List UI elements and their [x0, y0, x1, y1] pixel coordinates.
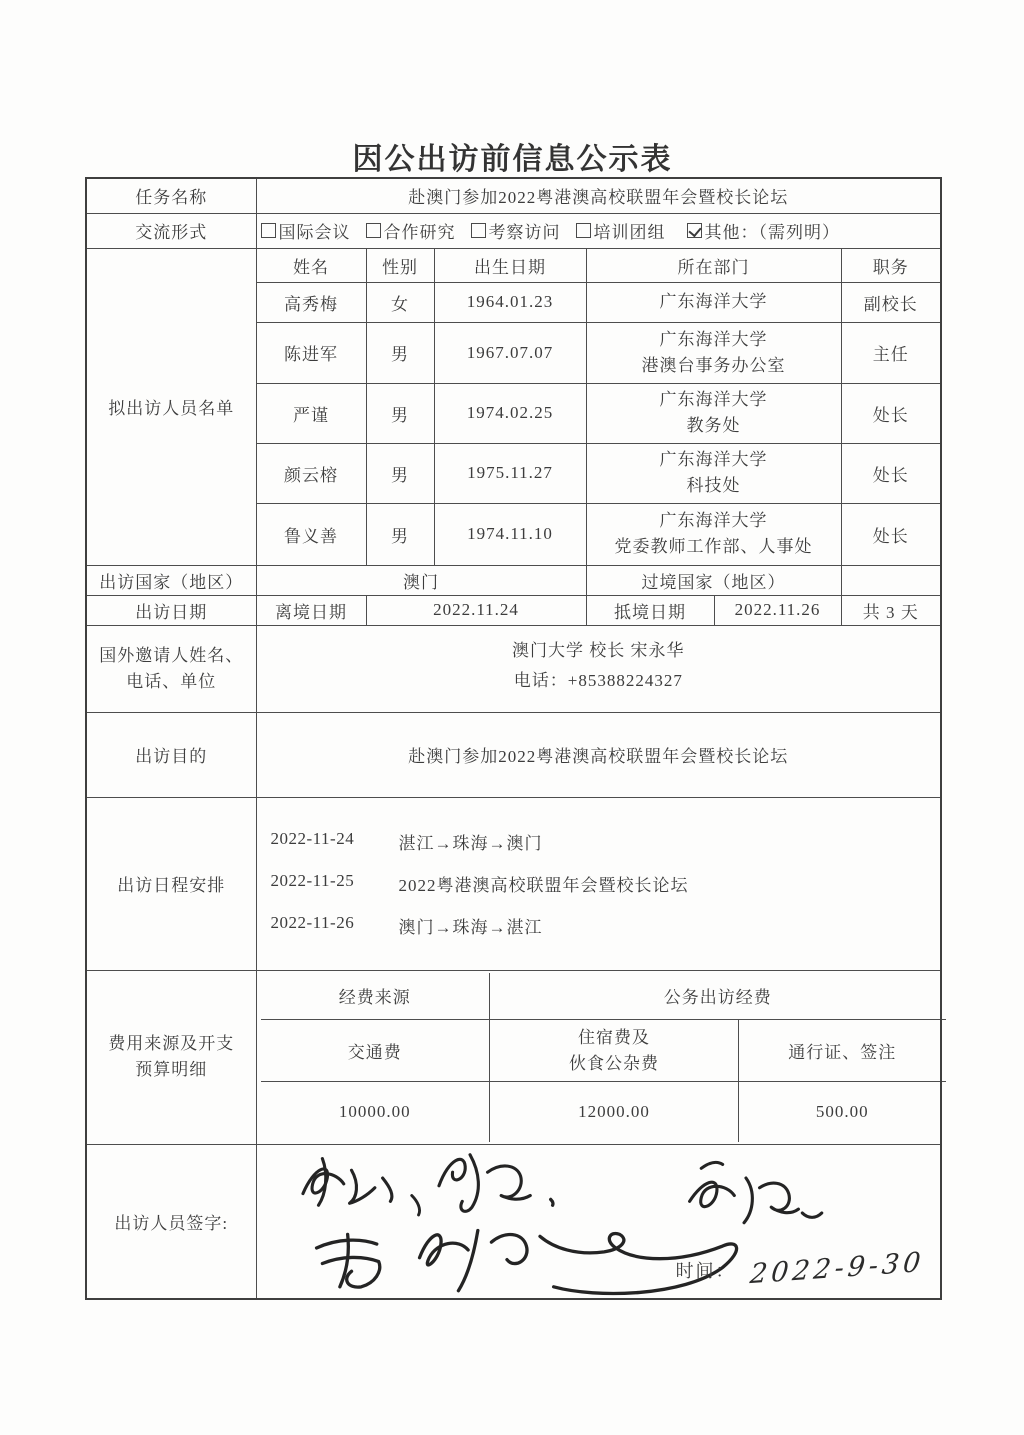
person-department: 广东海洋大学 党委教师工作部、人事处 — [586, 503, 841, 565]
option-label: 考察访问 — [489, 218, 561, 243]
inviter-label-line2: 电话、单位 — [91, 669, 252, 695]
itinerary-item: 2022-11-25 2022粤港澳高校联盟年会暨校长论坛 — [271, 871, 937, 896]
person-gender: 男 — [366, 383, 434, 443]
itinerary-label: 出访日程安排 — [86, 797, 256, 970]
transit-label: 过境国家（地区） — [586, 565, 841, 595]
itinerary-row: 出访日程安排 2022-11-24 湛江→珠海→澳门 2022-11-25 20… — [86, 797, 941, 970]
personnel-header-row: 拟出访人员名单 姓名 性别 出生日期 所在部门 职务 — [86, 248, 941, 282]
checkbox-icon — [366, 223, 381, 238]
checkbox-icon — [471, 223, 486, 238]
itinerary-date: 2022-11-26 — [271, 913, 399, 938]
exchange-form-label: 交流形式 — [86, 213, 256, 248]
option-label: 培训团组 — [594, 218, 666, 243]
permit-visa-header: 通行证、签注 — [739, 1020, 946, 1082]
dates-row: 出访日期 离境日期 2022.11.24 抵境日期 2022.11.26 共 3… — [86, 595, 941, 625]
itinerary-date: 2022-11-24 — [271, 829, 399, 854]
option-inspection-visit: 考察访问 — [471, 218, 561, 243]
inviter-name-line: 澳门大学 校长 宋永华 — [261, 636, 937, 666]
person-title: 副校长 — [841, 282, 941, 322]
departure-date-label: 离境日期 — [256, 595, 366, 625]
person-name: 颜云榕 — [256, 443, 366, 503]
person-gender: 男 — [366, 443, 434, 503]
inviter-value: 澳门大学 校长 宋永华 电话：+85388224327 — [256, 625, 941, 712]
budget-label-line1: 费用来源及开支 — [91, 1031, 252, 1057]
budget-subtable: 经费来源 公务出访经费 交通费 住宿费及 伙食公杂费 通行证、签注 10000.… — [261, 973, 946, 1142]
handwritten-date: 2022-9-30 — [748, 1247, 925, 1290]
official-expense-header: 公务出访经费 — [490, 973, 946, 1020]
department-line2: 教务处 — [591, 413, 837, 439]
person-title: 处长 — [841, 503, 941, 565]
department-line1: 广东海洋大学 — [591, 327, 837, 353]
budget-category-row: 交通费 住宿费及 伙食公杂费 通行证、签注 — [261, 1020, 946, 1082]
option-training-group: 培训团组 — [576, 218, 666, 243]
person-birth: 1974.02.25 — [434, 383, 586, 443]
lodging-fee-header: 住宿费及 伙食公杂费 — [490, 1020, 739, 1082]
exchange-options: 国际会议 合作研究 考察访问 培训团组 — [261, 218, 937, 243]
itinerary-activity: 澳门→珠海→湛江 — [399, 913, 543, 938]
budget-label: 费用来源及开支 预算明细 — [86, 970, 256, 1144]
signature-scribble-3 — [316, 1234, 379, 1287]
col-header-name: 姓名 — [256, 248, 366, 282]
signature-dot-mark — [550, 1199, 552, 1205]
lodging-fee-amount: 12000.00 — [490, 1082, 739, 1142]
person-title: 处长 — [841, 443, 941, 503]
person-department: 广东海洋大学 — [586, 282, 841, 322]
personnel-list-label: 拟出访人员名单 — [86, 248, 256, 565]
permit-visa-amount: 500.00 — [739, 1082, 946, 1142]
department-line2: 港澳台事务办公室 — [591, 353, 837, 379]
col-header-department: 所在部门 — [586, 248, 841, 282]
department-line1: 广东海洋大学 — [591, 447, 837, 473]
person-gender: 男 — [366, 322, 434, 383]
option-label: 国际会议 — [279, 218, 351, 243]
person-birth: 1967.07.07 — [434, 322, 586, 383]
department-line2: 党委教师工作部、人事处 — [591, 534, 837, 560]
purpose-row: 出访目的 赴澳门参加2022粤港澳高校联盟年会暨校长论坛 — [86, 712, 941, 797]
person-gender: 男 — [366, 503, 434, 565]
option-cooperative-research: 合作研究 — [366, 218, 456, 243]
department-line1: 广东海洋大学 — [591, 289, 837, 315]
option-label: 合作研究 — [384, 218, 456, 243]
exchange-form-row: 交流形式 国际会议 合作研究 考察访问 — [86, 213, 941, 248]
person-name: 严谨 — [256, 383, 366, 443]
disclosure-form-table: 任务名称 赴澳门参加2022粤港澳高校联盟年会暨校长论坛 交流形式 国际会议 合… — [85, 177, 942, 1300]
arrival-date-label: 抵境日期 — [586, 595, 714, 625]
page-title: 因公出访前信息公示表 — [85, 134, 940, 178]
itinerary-activity: 湛江→珠海→澳门 — [399, 829, 543, 854]
checkbox-icon — [576, 223, 591, 238]
itinerary-item: 2022-11-24 湛江→珠海→澳门 — [271, 829, 937, 854]
person-name: 陈进军 — [256, 322, 366, 383]
itinerary-date: 2022-11-25 — [271, 871, 399, 896]
budget-label-line2: 预算明细 — [91, 1057, 252, 1083]
inviter-label: 国外邀请人姓名、 电话、单位 — [86, 625, 256, 712]
person-gender: 女 — [366, 282, 434, 322]
destination-row: 出访国家（地区） 澳门 过境国家（地区） — [86, 565, 941, 595]
destination-label: 出访国家（地区） — [86, 565, 256, 595]
scanned-form-page: 因公出访前信息公示表 任务名称 赴澳门参加2022粤港澳高校联盟年会暨校长论坛 … — [0, 0, 1024, 1435]
person-department: 广东海洋大学 科技处 — [586, 443, 841, 503]
department-line1: 广东海洋大学 — [591, 387, 837, 413]
person-name: 鲁义善 — [256, 503, 366, 565]
funding-source-header: 经费来源 — [261, 973, 490, 1020]
signature-time: 时间： 2022-9-30 — [676, 1253, 925, 1284]
person-birth: 1964.01.23 — [434, 282, 586, 322]
inviter-label-line1: 国外邀请人姓名、 — [91, 643, 252, 669]
arrival-date-value: 2022.11.26 — [714, 595, 841, 625]
destination-value: 澳门 — [256, 565, 586, 595]
transport-fee-header: 交通费 — [261, 1020, 490, 1082]
lodging-header-line1: 住宿费及 — [494, 1025, 734, 1051]
option-other: 其他：（需列明） — [687, 218, 841, 243]
checkbox-checked-icon — [687, 223, 702, 238]
transit-value — [841, 565, 941, 595]
person-birth: 1975.11.27 — [434, 443, 586, 503]
checkbox-icon — [261, 223, 276, 238]
budget-amount-row: 10000.00 12000.00 500.00 — [261, 1082, 946, 1142]
col-header-title: 职务 — [841, 248, 941, 282]
option-label: 其他：（需列明） — [705, 218, 841, 243]
purpose-label: 出访目的 — [86, 712, 256, 797]
department-line1: 广东海洋大学 — [591, 508, 837, 534]
total-days: 共 3 天 — [841, 595, 941, 625]
purpose-value: 赴澳门参加2022粤港澳高校联盟年会暨校长论坛 — [256, 712, 941, 797]
signature-label: 出访人员签字: — [86, 1144, 256, 1299]
department-line2: 科技处 — [591, 473, 837, 499]
inviter-phone-line: 电话：+85388224327 — [261, 666, 937, 696]
task-name-value: 赴澳门参加2022粤港澳高校联盟年会暨校长论坛 — [256, 178, 941, 213]
person-department: 广东海洋大学 港澳台事务办公室 — [586, 322, 841, 383]
option-international-conference: 国际会议 — [261, 218, 351, 243]
task-name-label: 任务名称 — [86, 178, 256, 213]
budget-header-row: 经费来源 公务出访经费 — [261, 973, 946, 1020]
itinerary-item: 2022-11-26 澳门→珠海→湛江 — [271, 913, 937, 938]
itinerary-activity: 2022粤港澳高校联盟年会暨校长论坛 — [399, 871, 689, 896]
transport-fee-amount: 10000.00 — [261, 1082, 490, 1142]
person-department: 广东海洋大学 教务处 — [586, 383, 841, 443]
person-title: 主任 — [841, 322, 941, 383]
lodging-header-line2: 伙食公杂费 — [494, 1051, 734, 1077]
budget-row: 费用来源及开支 预算明细 经费来源 公务出访经费 交通费 住宿费及 伙食公杂费 — [86, 970, 941, 1144]
col-header-gender: 性别 — [366, 248, 434, 282]
time-label: 时间： — [676, 1257, 736, 1283]
signature-scribble-2 — [438, 1154, 529, 1211]
signature-scribble-5 — [689, 1162, 821, 1222]
departure-date-value: 2022.11.24 — [366, 595, 586, 625]
dates-label: 出访日期 — [86, 595, 256, 625]
inviter-row: 国外邀请人姓名、 电话、单位 澳门大学 校长 宋永华 电话：+853882243… — [86, 625, 941, 712]
person-name: 高秀梅 — [256, 282, 366, 322]
task-name-row: 任务名称 赴澳门参加2022粤港澳高校联盟年会暨校长论坛 — [86, 178, 941, 213]
signature-row: 出访人员签字: — [86, 1144, 941, 1299]
signature-comma-mark — [411, 1195, 419, 1214]
itinerary-value: 2022-11-24 湛江→珠海→澳门 2022-11-25 2022粤港澳高校… — [256, 797, 941, 970]
col-header-birth: 出生日期 — [434, 248, 586, 282]
person-title: 处长 — [841, 383, 941, 443]
person-birth: 1974.11.10 — [434, 503, 586, 565]
signature-scribble-1 — [302, 1158, 391, 1205]
signature-area: 时间： 2022-9-30 — [256, 1144, 941, 1299]
